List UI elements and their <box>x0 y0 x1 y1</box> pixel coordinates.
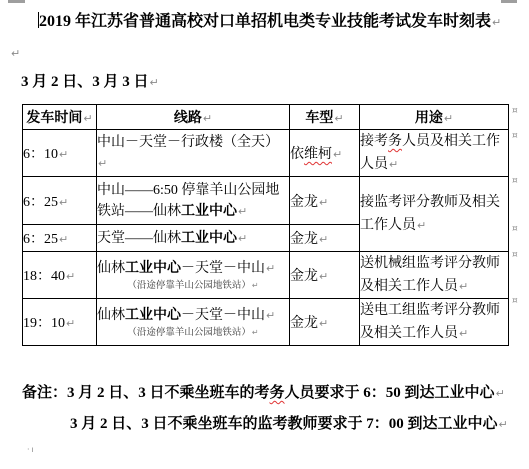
bus-type-cell: 金龙↵ <box>290 177 360 225</box>
bus-type-cell: 金龙↵ <box>290 225 360 252</box>
pilcrow-mark: ↵ <box>59 148 68 161</box>
pilcrow-mark: ↵ <box>266 309 275 322</box>
time-cell: 6：10↵ <box>23 130 97 177</box>
route-cell: 仙林工业中心－天堂－中山↵（沿途停靠羊山公园地铁站）↵ <box>97 299 290 346</box>
pilcrow-mark: ↵ <box>319 196 328 209</box>
notes-line-1: 备注：3 月 2 日、3 日不乘坐班车的考务人员要求于 6：50 到达工业中心↵ <box>22 381 505 402</box>
time-cell: 18：40↵ <box>23 252 97 299</box>
pilcrow-mark: ↵ <box>319 317 328 330</box>
bus-type-cell: 依维柯↵ <box>290 130 360 177</box>
pilcrow-mark: ↵ <box>252 328 259 337</box>
window-edge-fragment-right <box>501 0 517 3</box>
pilcrow-mark: ↵ <box>319 270 328 283</box>
pilcrow-mark: ↵ <box>252 281 259 290</box>
table-row: 6：25↵ 中山——6:50 停靠羊山公园地铁站——仙林工业中心↵ 金龙↵ 接监… <box>23 177 509 225</box>
pilcrow-mark: ↵ <box>59 233 68 246</box>
table-header-row: 发车时间↵ 线路↵ 车型↵ 用途↵ <box>23 105 509 130</box>
date-heading: 3 月 2 日、3 月 3 日↵ <box>21 70 159 91</box>
stray-formatting-mark: ·ı <box>27 445 36 454</box>
route-cell: 中山——6:50 停靠羊山公园地铁站——仙林工业中心↵ <box>97 177 290 225</box>
notes-label: 备注： <box>22 385 67 401</box>
row-end-mark: ¤ <box>512 250 518 260</box>
route-cell: 中山－天堂－行政楼（全天）↵ <box>97 130 290 177</box>
pilcrow-mark: ↵ <box>266 262 275 275</box>
route-stop-note: （沿途停靠羊山公园地铁站）↵ <box>97 280 289 292</box>
purpose-cell: 接考务人员及相关工作人员↵ <box>360 130 509 177</box>
window-edge-fragment-left <box>8 0 25 3</box>
notes-line-2: 3 月 2 日、3 日不乘坐班车的监考教师要求于 7：00 到达工业中心↵ <box>70 412 508 433</box>
row-end-mark: ¤ <box>512 176 518 186</box>
pilcrow-mark: ↵ <box>459 280 468 293</box>
bus-type-cell: 金龙↵ <box>290 252 360 299</box>
purpose-cell: 送电工组监考评分教师及相关工作人员↵ <box>360 299 509 346</box>
empty-paragraph: ↵ <box>10 44 20 62</box>
purpose-cell: 送机械组监考评分教师及相关工作人员↵ <box>360 252 509 299</box>
row-end-mark: ¤ <box>512 131 518 141</box>
time-cell: 6：25↵ <box>23 177 97 225</box>
time-cell: 6：25↵ <box>23 225 97 252</box>
pilcrow-mark: ↵ <box>417 219 426 232</box>
pilcrow-mark: ↵ <box>66 317 75 330</box>
pilcrow-mark: ↵ <box>98 157 107 170</box>
spellcheck-underline: 务 <box>388 134 402 149</box>
time-cell: 19：10↵ <box>23 299 97 346</box>
pilcrow-mark: ↵ <box>499 418 508 431</box>
pilcrow-mark: ↵ <box>59 196 68 209</box>
pilcrow-mark: ↵ <box>203 112 212 125</box>
pilcrow-mark: ↵ <box>238 205 247 218</box>
pilcrow-mark: ↵ <box>333 148 342 161</box>
pilcrow-mark: ↵ <box>238 232 247 245</box>
pilcrow-mark: ↵ <box>492 16 501 29</box>
row-end-mark: ¤ <box>512 224 518 234</box>
bus-type-cell: 金龙↵ <box>290 299 360 346</box>
purpose-cell-merged: 接监考评分教师及相关工作人员↵ <box>360 177 509 252</box>
table-row: 18：40↵ 仙林工业中心－天堂－中山↵（沿途停靠羊山公园地铁站）↵ 金龙↵ 送… <box>23 252 509 299</box>
pilcrow-mark: ↵ <box>319 233 328 246</box>
header-bus-type: 车型↵ <box>290 105 360 130</box>
header-purpose: 用途↵ <box>360 105 509 130</box>
document-canvas[interactable]: 2019 年江苏省普通高校对口单招机电类专业技能考试发车时刻表↵ ↵ 3 月 2… <box>0 0 529 469</box>
pilcrow-mark: ↵ <box>389 158 398 171</box>
table-row: 19：10↵ 仙林工业中心－天堂－中山↵（沿途停靠羊山公园地铁站）↵ 金龙↵ 送… <box>23 299 509 346</box>
date-text: 3 月 2 日、3 月 3 日 <box>21 74 149 90</box>
route-stop-note: （沿途停靠羊山公园地铁站）↵ <box>97 327 289 339</box>
bus-schedule-table: 发车时间↵ 线路↵ 车型↵ 用途↵ 6：10↵ 中山－天堂－行政楼（全天）↵ 依… <box>22 104 509 346</box>
row-end-mark: ¤ <box>512 106 518 116</box>
pilcrow-mark: ↵ <box>334 112 343 125</box>
document-title: 2019 年江苏省普通高校对口单招机电类专业技能考试发车时刻表↵ <box>38 8 501 31</box>
table-row: 6：10↵ 中山－天堂－行政楼（全天）↵ 依维柯↵ 接考务人员及相关工作人员↵ <box>23 130 509 177</box>
pilcrow-mark: ↵ <box>66 270 75 283</box>
pilcrow-mark: ↵ <box>150 76 159 89</box>
pilcrow-mark: ↵ <box>444 112 453 125</box>
route-cell: 天堂——仙林工业中心↵ <box>97 225 290 252</box>
pilcrow-mark: ↵ <box>459 327 468 340</box>
spellcheck-underline: 务 <box>270 385 285 401</box>
header-route: 线路↵ <box>97 105 290 130</box>
spellcheck-underline: 维柯 <box>304 147 332 162</box>
route-cell: 仙林工业中心－天堂－中山↵（沿途停靠羊山公园地铁站）↵ <box>97 252 290 299</box>
pilcrow-mark: ↵ <box>496 387 505 400</box>
title-text: 2019 年江苏省普通高校对口单招机电类专业技能考试发车时刻表 <box>39 13 491 30</box>
row-end-mark: ¤ <box>512 296 518 306</box>
pilcrow-mark: ↵ <box>83 112 92 125</box>
pilcrow-mark: ↵ <box>11 47 20 60</box>
header-departure-time: 发车时间↵ <box>23 105 97 130</box>
